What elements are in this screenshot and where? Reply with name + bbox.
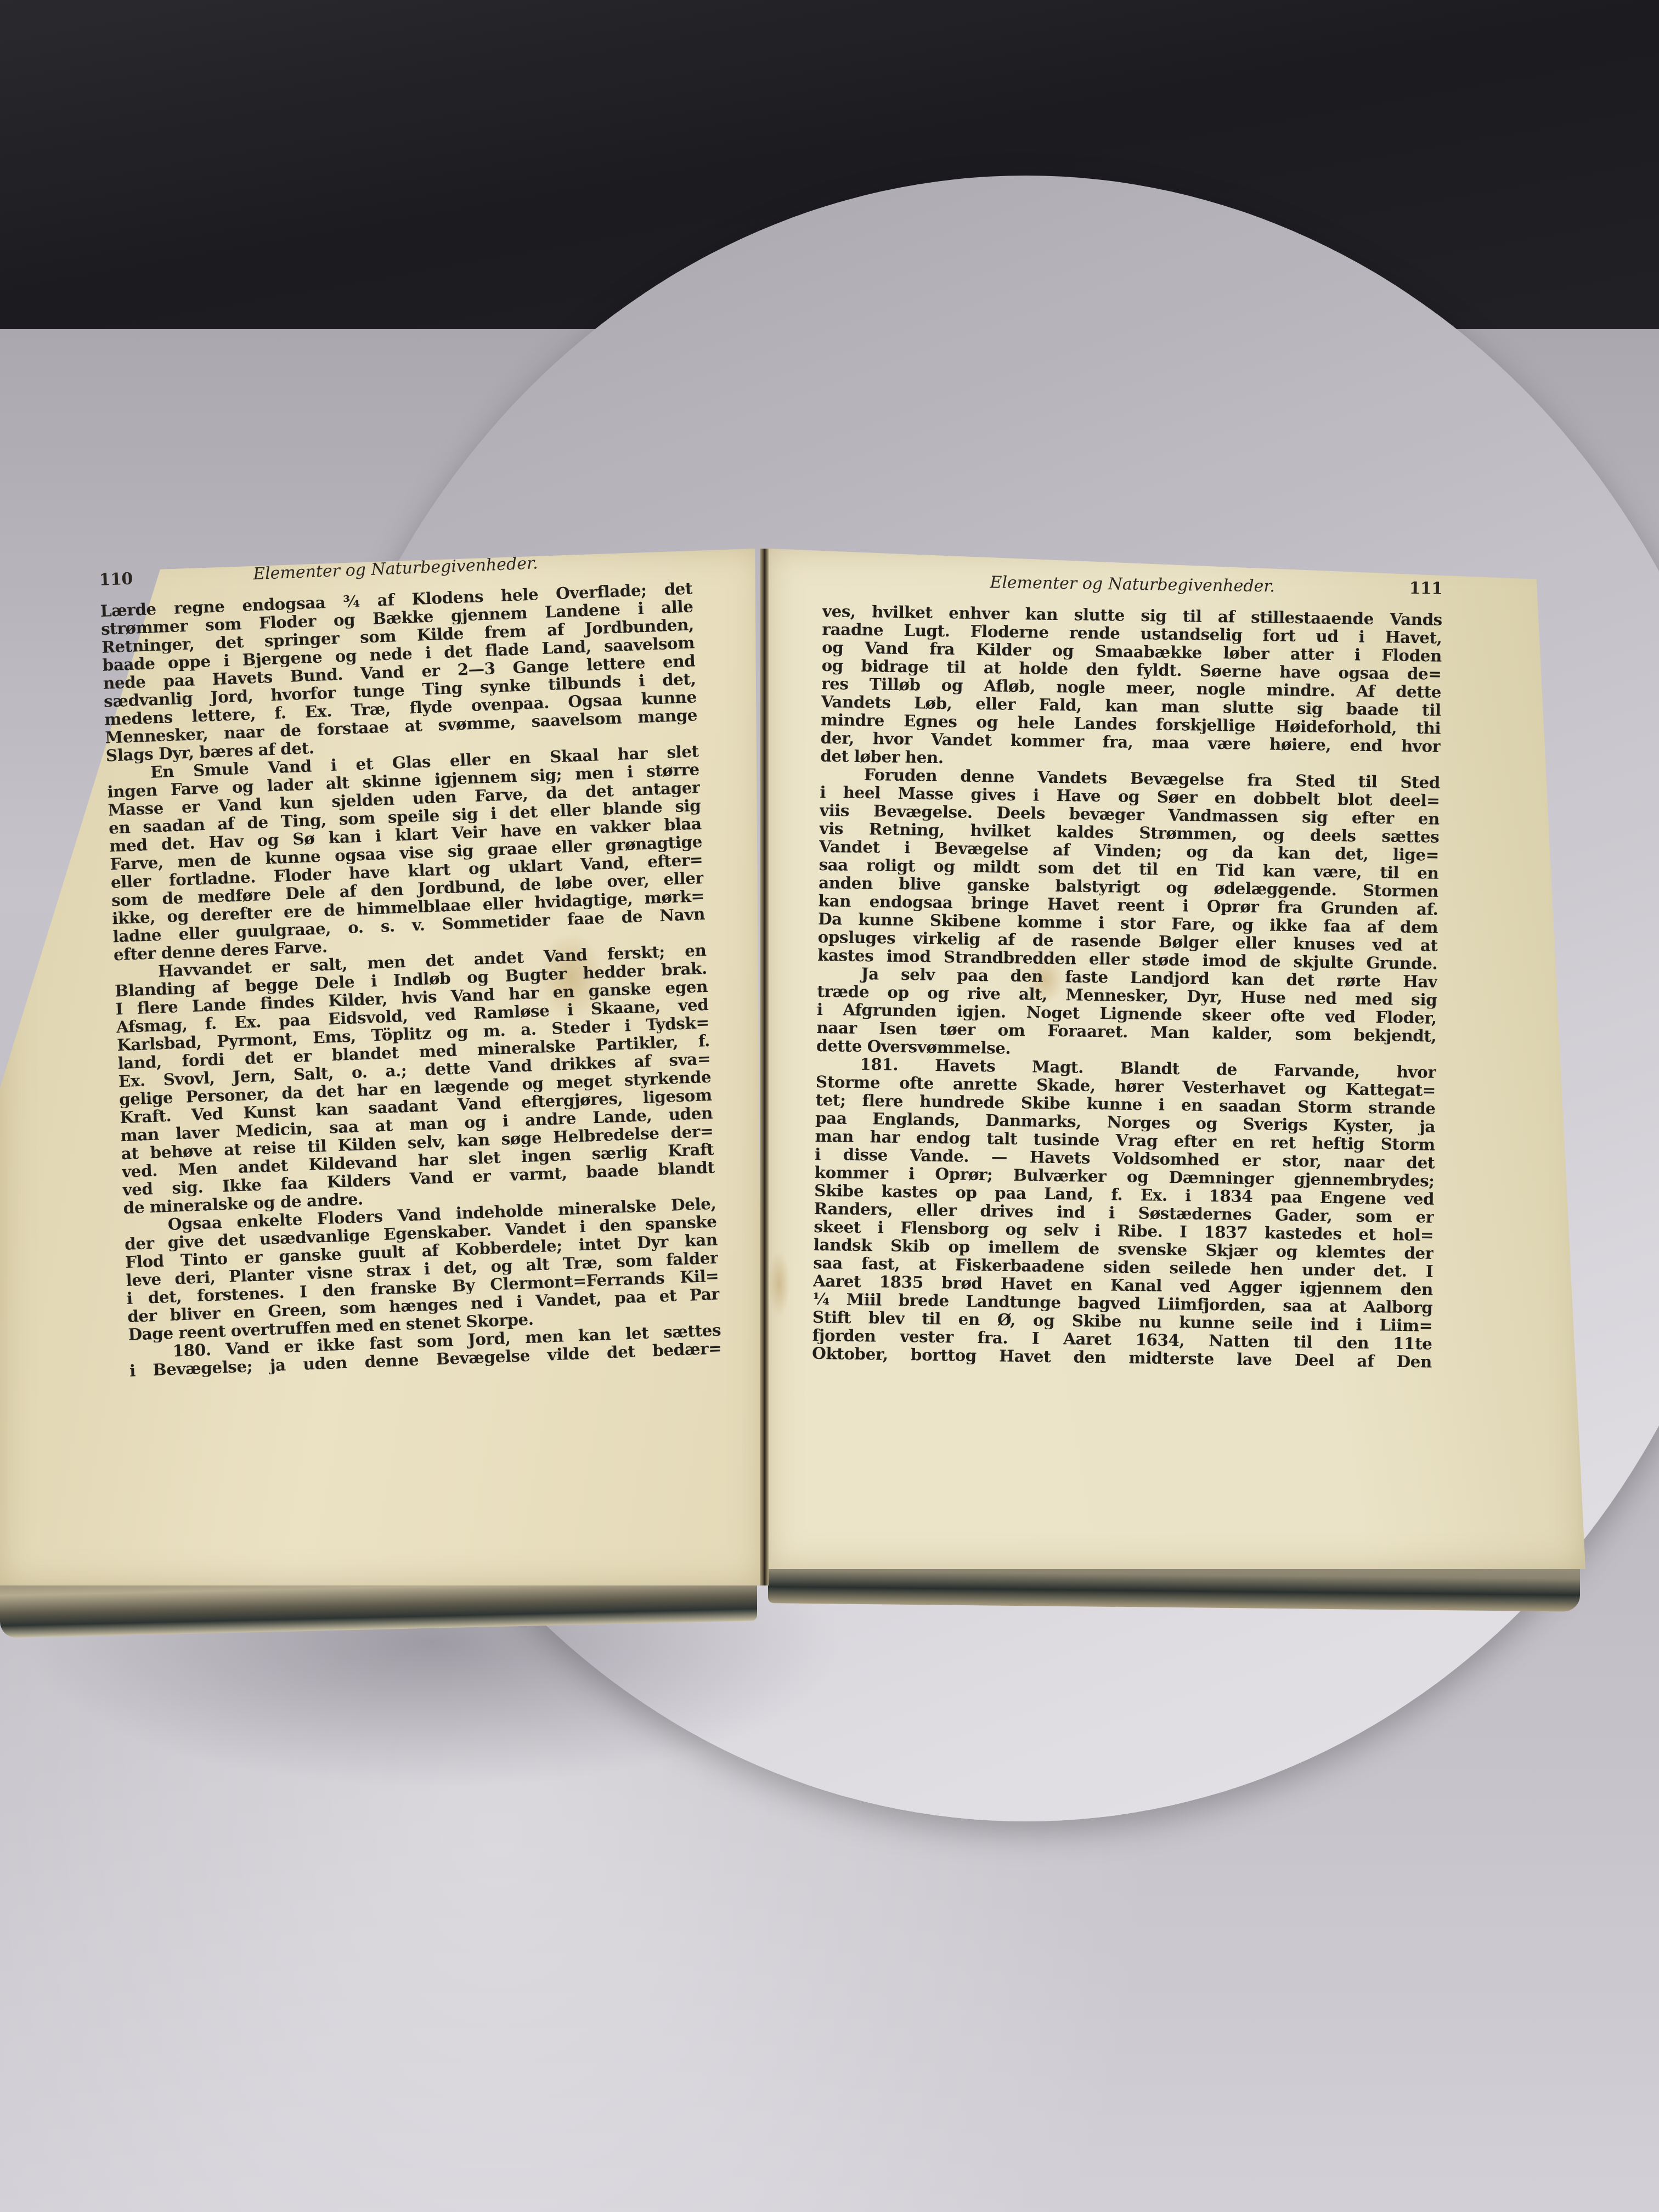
- spine-damage: [768, 1251, 790, 1317]
- page-number: 110: [99, 569, 133, 590]
- book-gutter: [760, 549, 769, 1585]
- page-number: 111: [1409, 579, 1443, 599]
- left-page-text: 110 Elementer og Naturbegivenheder. Lærd…: [99, 548, 722, 1380]
- open-book: 110 Elementer og Naturbegivenheder. Lærd…: [0, 0, 1659, 2212]
- running-title: Elementer og Naturbegivenheder.: [253, 554, 538, 584]
- running-title: Elementer og Naturbegivenheder.: [990, 573, 1275, 596]
- right-page-text: Elementer og Naturbegivenheder. 111 ves,…: [812, 571, 1443, 1371]
